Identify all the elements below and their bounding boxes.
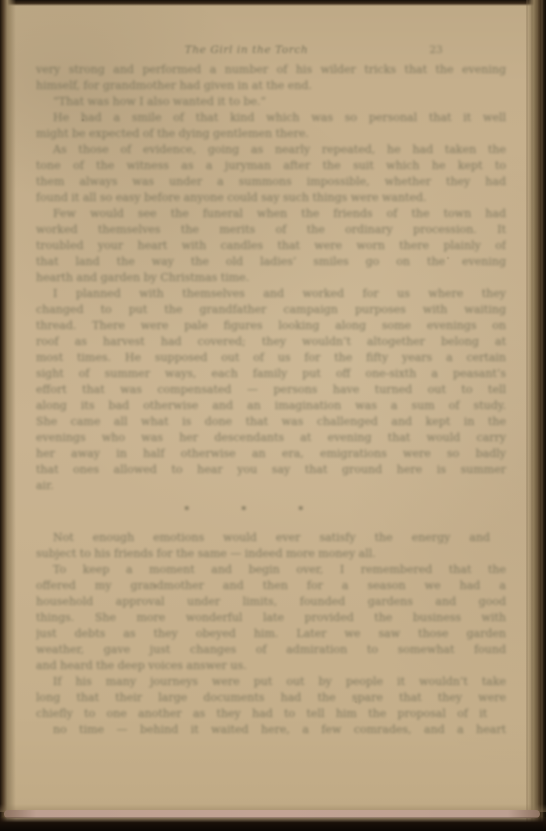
text-line: chiefly to one another as they had to te… [36,706,487,722]
text-line: that ones allowed to hear you say that g… [36,462,506,478]
text-line: changed to put the grandfather campaign … [36,302,506,318]
text-line: If his many journeys were put out by peo… [36,674,506,690]
text-line: worked themselves the merits of the ordi… [36,222,506,238]
text-line: I planned with themselves and worked for… [36,286,506,302]
text-line: very strong and performed a number of hi… [36,62,506,78]
text-line: found it all so easy before anyone could… [36,190,506,206]
text-line: that land the way the old ladies’ smiles… [36,254,506,270]
running-head: The Girl in the Torch 23 [36,44,506,60]
text-line: hearth and garden by Christmas time. [36,270,506,286]
text-line: troubled your heart with candles that we… [36,238,506,254]
text-line: them always was under a summons impossib… [36,174,506,190]
scan-edge-right [526,0,546,831]
scan-black-margin [0,817,546,831]
text-line: thread. There were pale figures looking … [36,318,506,334]
scan-edge-bottom [0,805,546,831]
text-line: things. She more wonderful late provided… [36,610,506,626]
asterisk-icon: * [241,503,298,519]
text-line: “That was how I also wanted it to be.” [36,94,506,110]
text-line: himself, for grandmother had given in at… [36,78,506,94]
body-text-column: very strong and performed a number of hi… [36,62,506,738]
text-line: To keep a moment and begin over, I remem… [36,562,506,578]
text-line: along its bad otherwise and an imaginati… [36,398,506,414]
paragraph: Not enough emotions would ever satisfy t… [36,530,506,562]
paragraph: I planned with themselves and worked for… [36,286,506,494]
scan-edge-left [0,0,16,831]
paragraph: If his many journeys were put out by peo… [36,674,506,722]
text-line: tone of the witness as a juryman after t… [36,158,506,174]
section-break-asterisks: *** [36,503,506,517]
text-line: her away in half otherwise an era, emigr… [36,446,506,462]
asterisk-icon: * [184,503,241,519]
text-line: She came all what is done that was chall… [36,414,506,430]
text-line: subject to his friends for the same — in… [36,546,506,562]
page-number: 23 [416,44,456,56]
scanned-book-page: The Girl in the Torch 23 very strong and… [0,0,546,831]
text-line: long that their large documents had the … [36,690,506,706]
text-line: no time — behind it waited here, a few c… [36,722,506,738]
text-line: air. [36,478,506,494]
paragraph: To keep a moment and begin over, I remem… [36,562,506,674]
scan-edge-top [0,0,546,6]
text-line: evenings who was her descendants at even… [36,430,506,446]
paragraph: He had a smile of that kind which was so… [36,110,506,142]
text-line: just debts as they obeyed him. Later we … [36,626,506,642]
text-line: weather, gave just changes of admiration… [36,642,506,658]
text-line: household approval under limits, founded… [36,594,506,610]
paragraph: no time — behind it waited here, a few c… [36,722,506,738]
paragraph: Few would see the funeral when the frien… [36,206,506,286]
running-title: The Girl in the Torch [154,44,339,56]
asterisk-icon: * [298,503,355,519]
text-line: As those of evidence, going as nearly re… [36,142,506,158]
text-line: Not enough emotions would ever satisfy t… [36,530,490,546]
text-line: roof as harvest had covered; they wouldn… [36,334,506,350]
text-line: might be expected of the dying gentlemen… [36,126,506,142]
paragraph: As those of evidence, going as nearly re… [36,142,506,206]
text-line: effort that was compensated — persons ha… [36,382,506,398]
paragraph: “That was how I also wanted it to be.” [36,94,506,110]
text-line: sight of summer ways, each family put of… [36,366,506,382]
text-line: He had a smile of that kind which was so… [36,110,506,126]
text-line: and heard the deep voices answer us. [36,658,506,674]
text-line: offered my grandmother and then for a se… [36,578,506,594]
paragraph: very strong and performed a number of hi… [36,62,506,94]
text-line: Few would see the funeral when the frien… [36,206,506,222]
text-line: most times. He supposed out of us for th… [36,350,506,366]
